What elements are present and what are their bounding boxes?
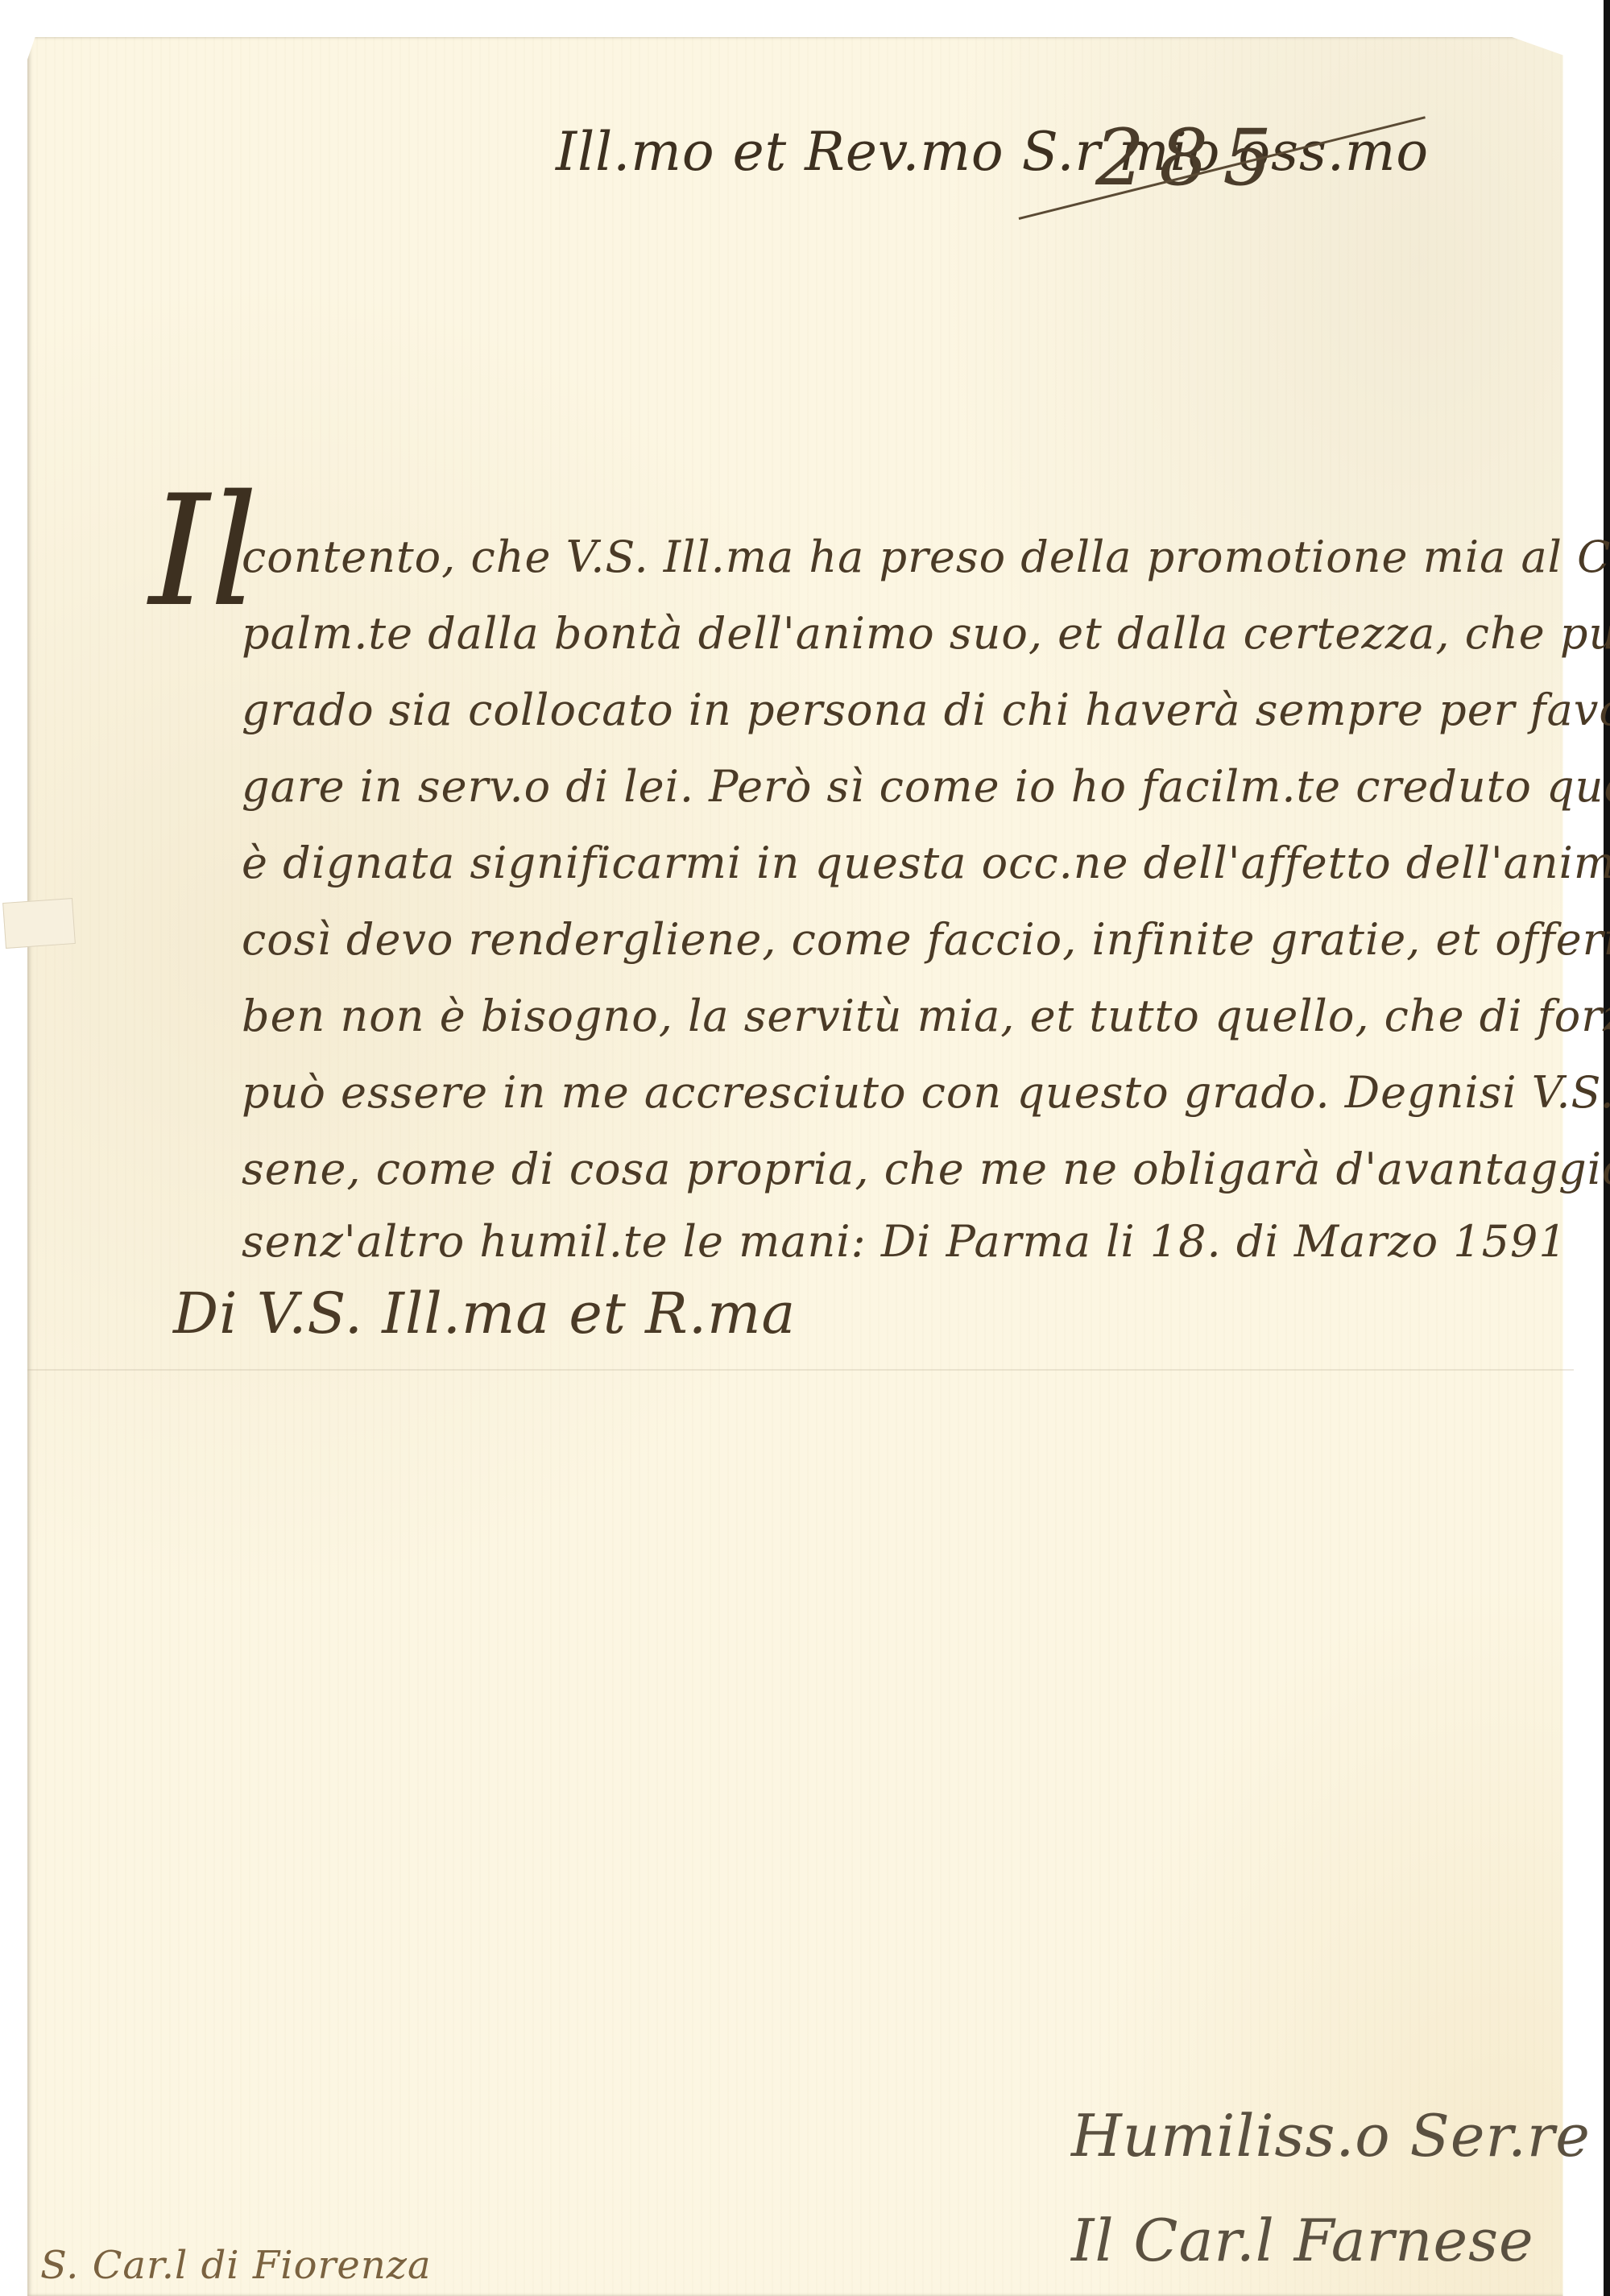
body-line: può essere in me accresciuto con questo …	[242, 1067, 1610, 1118]
signature-line-1: Humiliss.o Ser.re	[1071, 2102, 1591, 2170]
closing-formula: Di V.S. Ill.ma et R.ma	[173, 1280, 796, 1347]
paper-tab-fragment	[2, 898, 76, 949]
salutation-heading: Ill.mo et Rev.mo S.r mio oss.mo	[556, 121, 1429, 183]
body-line: palm.te dalla bontà dell'animo suo, et d…	[242, 608, 1610, 659]
body-line: senz'altro humil.te le mani: Di Parma li…	[242, 1216, 1567, 1267]
addressee-docket: S. Car.l di Fiorenza	[40, 2243, 432, 2288]
paper-fold-line	[27, 1369, 1574, 1371]
body-line: contento, che V.S. Ill.ma ha preso della…	[242, 532, 1610, 582]
body-line: sene, come di cosa propria, che me ne ob…	[242, 1144, 1610, 1194]
body-line: gare in serv.o di lei. Però sì come io h…	[242, 761, 1610, 812]
signature-line-2: Il Car.l Farnese	[1071, 2207, 1534, 2274]
body-line: grado sia collocato in persona di chi ha…	[242, 685, 1610, 735]
body-line: ben non è bisogno, la servitù mia, et tu…	[242, 991, 1610, 1041]
body-line: così devo rendergliene, come faccio, inf…	[242, 914, 1610, 965]
body-line: è dignata significarmi in questa occ.ne …	[242, 838, 1610, 888]
